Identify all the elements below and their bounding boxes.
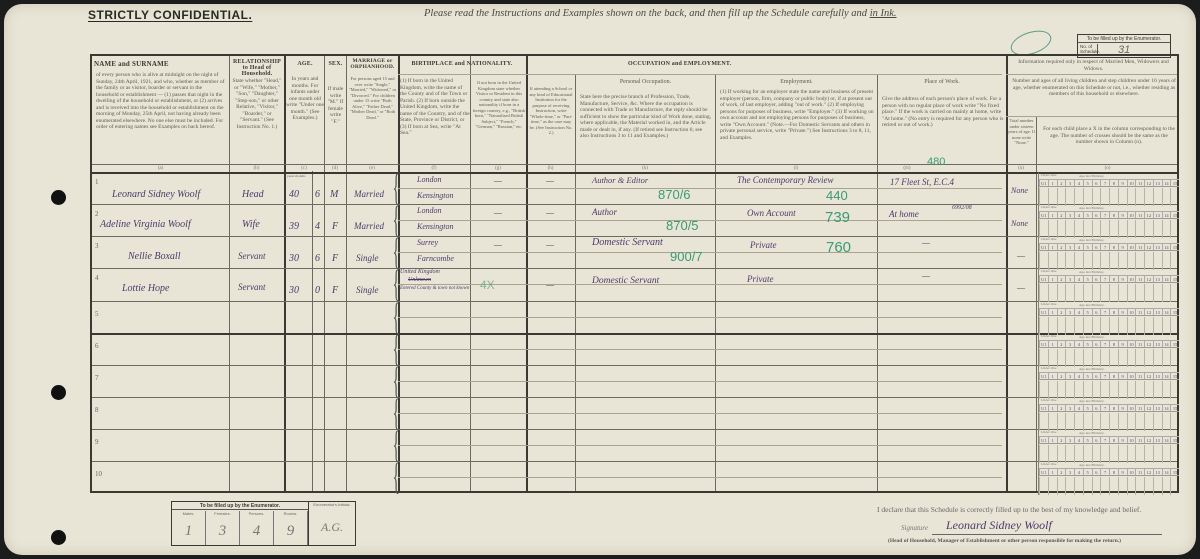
header-age: AGE. [286, 61, 324, 67]
header-children: Information required only in respect of … [1008, 59, 1179, 72]
header-education: If attending a School or any kind of Edu… [528, 86, 574, 136]
document-title: STRICTLY CONFIDENTIAL. [88, 8, 252, 22]
instruction-line: Please read the Instructions and Example… [424, 8, 897, 19]
declaration-text: I declare that this Schedule is correctl… [877, 505, 1141, 514]
header-sex: SEX. [325, 61, 346, 67]
signature: Leonard Sidney Woolf [946, 518, 1052, 533]
census-table: NAME and SURNAME of every person who is … [90, 54, 1179, 493]
enumerator-count-box: To be filled up by the Enumerator. Males… [171, 501, 356, 546]
children-age-grid: Under One Age last Birthday. U1123456789… [1038, 366, 1179, 399]
children-age-grid: Under One Age last Birthday. U1123456789… [1038, 462, 1179, 495]
header-birthplace: BIRTHPLACE and NATIONALITY. [398, 61, 526, 67]
children-age-grid: Under One Age last Birthday. U1123456789… [1038, 398, 1179, 431]
header-name: NAME and SURNAME [94, 60, 224, 68]
enumerator-initials: Enumerator's Initials. A.G. [308, 502, 355, 545]
punch-hole [51, 385, 66, 400]
signature-label: Signature [901, 524, 928, 532]
persons-count: Persons. 4 [240, 511, 274, 545]
children-age-grid: Under One Age last Birthday. U1123456789… [1038, 430, 1179, 463]
children-age-grid: Under One Age last Birthday. U1123456789… [1038, 237, 1179, 270]
children-age-grid: Under One Age last Birthday. U1123456789… [1038, 173, 1179, 206]
header-relationship: RELATIONSHIP to Head of Household. [230, 59, 284, 77]
census-schedule-sheet: STRICTLY CONFIDENTIAL. Please read the I… [4, 4, 1196, 555]
females-count: Females. 3 [206, 511, 240, 545]
children-age-grid: Under One Age last Birthday. U1123456789… [1038, 269, 1179, 302]
signature-note: (Head of Household, Manager of Establish… [888, 538, 1121, 544]
children-age-grid: Under One Age last Birthday. U1123456789… [1038, 334, 1179, 367]
children-age-grid: Under One Age last Birthday. U1123456789… [1038, 205, 1179, 238]
header-marriage: MARRIAGE or ORPHANHOOD. [347, 58, 398, 70]
children-age-grid: Under One Age last Birthday. U1123456789… [1038, 302, 1179, 335]
punch-hole [51, 530, 66, 545]
punch-hole [51, 190, 66, 205]
header-occupation: OCCUPATION and EMPLOYMENT. [528, 61, 1007, 67]
m-col-annotation: 480 [927, 156, 945, 168]
rooms-count: Rooms. 9 [274, 511, 308, 545]
males-count: Males. 1 [172, 511, 206, 545]
